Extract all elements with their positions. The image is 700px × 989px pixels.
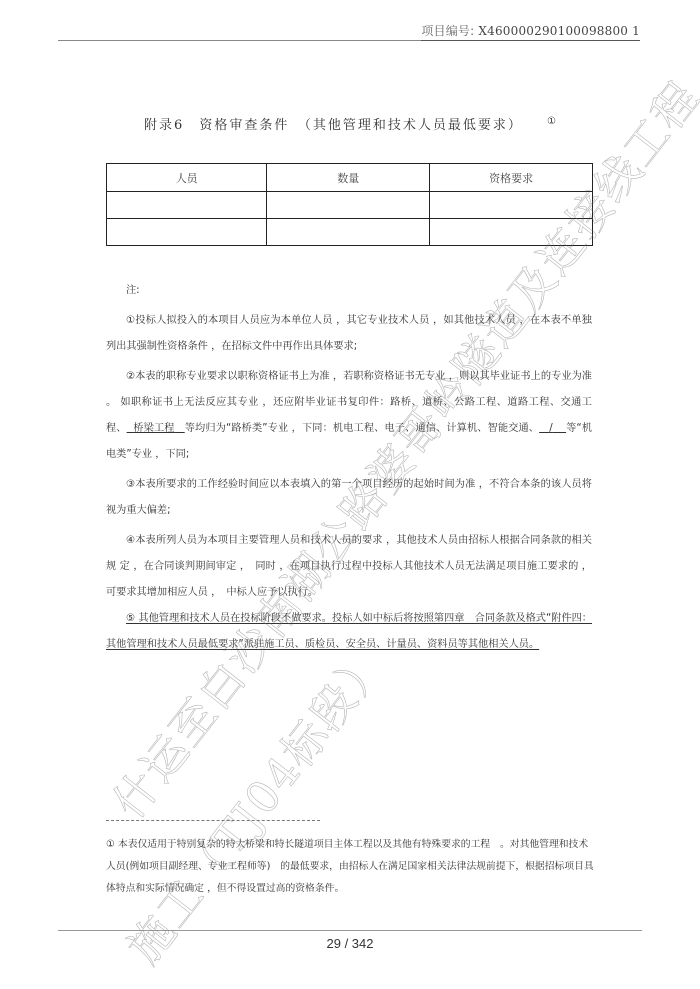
column-header-qualification: 资格要求 bbox=[430, 164, 593, 192]
project-number-value: X460000290100098800 1 bbox=[478, 24, 640, 38]
table-row bbox=[107, 192, 593, 219]
note-item-2: ②本表的职称专业要求以职称资格证书上为准 ，若职称资格证书无专业 ，则以其毕业证… bbox=[106, 364, 592, 468]
notes-section: 注: ①投标人拟投入的本项目人员应为本单位人员 ，其它专业技术人员 ，如其他技术… bbox=[106, 278, 592, 658]
project-number: 项目编号: X460000290100098800 1 bbox=[421, 22, 640, 41]
note-item-3: ③本表所要求的工作经验时间应以本表填入的第一个项目经历的起始时间为准 ，不符合本… bbox=[106, 472, 592, 524]
footnote-reference: ① bbox=[547, 116, 556, 127]
footnote-text: ① 本表仅适用于特别复杂的特大桥梁和特长隧道项目主体工程以及其他有特殊要求的工程… bbox=[106, 834, 596, 900]
table-cell bbox=[267, 219, 430, 246]
table-cell bbox=[267, 192, 430, 219]
note-item-4: ④本表所列人员为本项目主要管理人员和技术人员的要求 ，其他技术人员由招标人根据合… bbox=[106, 528, 592, 606]
note-item-2-middle: 等均归为“路桥类”专业 ，下同：机电工程、电子、通信、计算机、智能交通、 bbox=[185, 423, 539, 434]
table-row bbox=[107, 219, 593, 246]
column-header-personnel: 人员 bbox=[107, 164, 267, 192]
table-cell bbox=[107, 192, 267, 219]
table-cell bbox=[107, 219, 267, 246]
underlined-term-text: 桥梁工程 bbox=[133, 423, 174, 434]
blank-field-text: / bbox=[549, 423, 552, 434]
note-blank-field: / bbox=[539, 423, 566, 434]
note-item-1: ①投标人拟投入的本项目人员应为本单位人员 ，其它专业技术人员 ，如其他技术人员 … bbox=[106, 308, 592, 360]
footnote-separator bbox=[106, 820, 320, 821]
footnote: ① 本表仅适用于特别复杂的特大桥梁和特长隧道项目主体工程以及其他有特殊要求的工程… bbox=[106, 834, 596, 900]
watermark-line-2: 施工（TJ04标段） bbox=[110, 630, 399, 974]
note-item-5: ⑤ 其他管理和技术人员在投标阶段不做要求。投标人如中标后将按照第四章 合同条款及… bbox=[106, 606, 592, 658]
page-number: 29 / 342 bbox=[0, 936, 700, 951]
page-header: 项目编号: X460000290100098800 1 bbox=[58, 22, 640, 41]
note-underlined-term: 桥梁工程 bbox=[127, 423, 185, 434]
notes-heading: 注: bbox=[106, 278, 592, 304]
table-cell bbox=[430, 219, 593, 246]
page-title: 附录6 资格审查条件 （其他管理和技术人员最低要求） ① bbox=[0, 114, 700, 133]
table-cell bbox=[430, 192, 593, 219]
column-header-quantity: 数量 bbox=[267, 164, 430, 192]
table-header-row: 人员 数量 资格要求 bbox=[107, 164, 593, 192]
footer-divider bbox=[58, 930, 642, 931]
project-number-label: 项目编号: bbox=[421, 24, 474, 38]
title-text: 附录6 资格审查条件 （其他管理和技术人员最低要求） bbox=[144, 118, 523, 133]
requirements-table: 人员 数量 资格要求 bbox=[106, 163, 593, 246]
